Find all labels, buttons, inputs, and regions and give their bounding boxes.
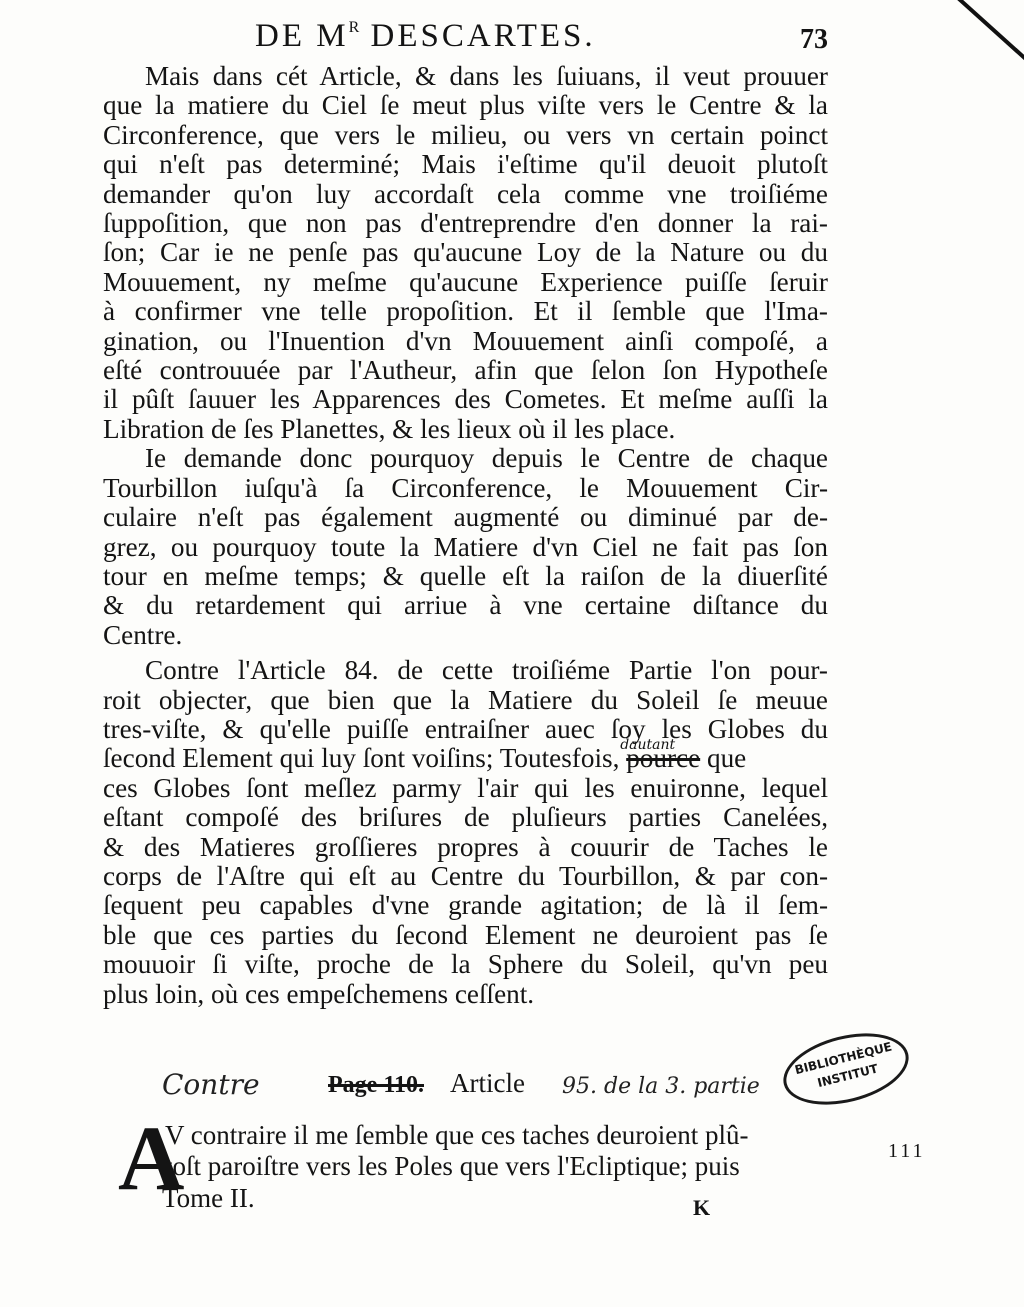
text-line: Centre. bbox=[103, 621, 828, 650]
running-title-main: DE M bbox=[255, 18, 349, 54]
running-title-rest: DESCARTES. bbox=[359, 18, 595, 54]
text-line: V contraire il me ſemble que ces taches … bbox=[165, 1120, 832, 1151]
text-line: eſtant compoſé des briſures de pluſieurs… bbox=[103, 803, 828, 832]
article-label: Article bbox=[450, 1068, 525, 1099]
interlinear-correction: dautant bbox=[620, 731, 675, 760]
text-line: Ie demande donc pourquoy depuis le Centr… bbox=[103, 444, 828, 473]
text-line: Tourbillon iuſqu'à ſa Circonference, le … bbox=[103, 474, 828, 503]
running-title: DE MR DESCARTES. bbox=[255, 18, 596, 55]
text-line: Circonference, que vers le milieu, ou ve… bbox=[103, 121, 828, 150]
handwritten-note: Contre bbox=[162, 1068, 260, 1101]
struck-word: dautantpource bbox=[626, 743, 700, 773]
struck-printed-heading: Page 110. bbox=[328, 1072, 424, 1099]
text-line: ſuppoſition, que non pas d'entreprendre … bbox=[103, 209, 828, 238]
section-text: V contraire il me ſemble que ces taches … bbox=[165, 1120, 832, 1182]
signature-mark: K bbox=[693, 1195, 710, 1221]
text-line: Mais dans cét Article, & dans les ſuiuan… bbox=[103, 62, 828, 91]
text-line: roit objecter, que bien que la Matiere d… bbox=[103, 686, 828, 715]
text-line: corps de l'Aſtre qui eſt au Centre du To… bbox=[103, 862, 828, 891]
text-line: Libration de ſes Planettes, & les lieux … bbox=[103, 415, 828, 444]
text-line-with-correction: ſecond Element qui luy ſont voiſins; Tou… bbox=[103, 744, 828, 773]
page-header: DE MR DESCARTES. 73 bbox=[255, 18, 835, 58]
text-line: qui n'eſt pas determiné; Mais i'eſtime q… bbox=[103, 150, 828, 179]
text-line: & du retardement qui arriue à vne certai… bbox=[103, 591, 828, 620]
text-line: Contre l'Article 84. de cette troiſiéme … bbox=[103, 656, 828, 685]
text-line: plus loin, où ces empeſchemens ceſſent. bbox=[103, 980, 828, 1009]
page-edge-line bbox=[935, 0, 1024, 80]
running-title-superscript: R bbox=[349, 19, 360, 36]
text-line: grez, ou pourquoy toute la Matiere d'vn … bbox=[103, 533, 828, 562]
text-line: tres-viſte, & qu'elle puiſſe entraiſner … bbox=[103, 715, 828, 744]
text-line: que la matiere du Ciel ſe meut plus viſt… bbox=[103, 91, 828, 120]
text-line: Mouuement, ny meſme qu'aucune Experience… bbox=[103, 268, 828, 297]
text-line: ble que ces parties du ſecond Element ne… bbox=[103, 921, 828, 950]
margin-mark: 111 bbox=[888, 1140, 926, 1163]
text-line: & des Matieres groſſieres propres à couu… bbox=[103, 833, 828, 862]
text-line-end: que bbox=[700, 743, 746, 773]
text-line: ces Globes ſont meſlez parmy l'air qui l… bbox=[103, 774, 828, 803]
text-line: ſon; Car ie ne penſe pas qu'aucune Loy d… bbox=[103, 238, 828, 267]
body-text: Mais dans cét Article, & dans les ſuiuan… bbox=[103, 62, 828, 1009]
text-line: ſequent peu capables d'vne grande agitat… bbox=[103, 891, 828, 920]
text-line: eſté controuuée par l'Autheur, afin que … bbox=[103, 356, 828, 385]
text-line: culaire n'eſt pas également augmenté ou … bbox=[103, 503, 828, 532]
text-line: tour en meſme temps; & quelle eſt la rai… bbox=[103, 562, 828, 591]
text-line: demander qu'on luy accordaſt cela comme … bbox=[103, 180, 828, 209]
text-line: à confirmer vne telle propoſition. Et il… bbox=[103, 297, 828, 326]
page-number: 73 bbox=[800, 24, 828, 56]
section-heading-annotation: Contre Page 110. Article 95. de la 3. pa… bbox=[150, 1068, 810, 1112]
footer-volume: Tome II. bbox=[162, 1183, 255, 1214]
text-line: mouuoir ſi viſte, proche de la Sphere du… bbox=[103, 950, 828, 979]
handwritten-reference: 95. de la 3. partie bbox=[562, 1074, 760, 1099]
text-line: il pûſt ſauuer les Apparences des Comete… bbox=[103, 385, 828, 414]
text-line: gination, ou l'Inuention d'vn Mouuement … bbox=[103, 327, 828, 356]
text-line-start: ſecond Element qui luy ſont voiſins; Tou… bbox=[103, 743, 619, 773]
text-line: toſt paroiſtre vers les Poles que vers l… bbox=[165, 1151, 832, 1182]
